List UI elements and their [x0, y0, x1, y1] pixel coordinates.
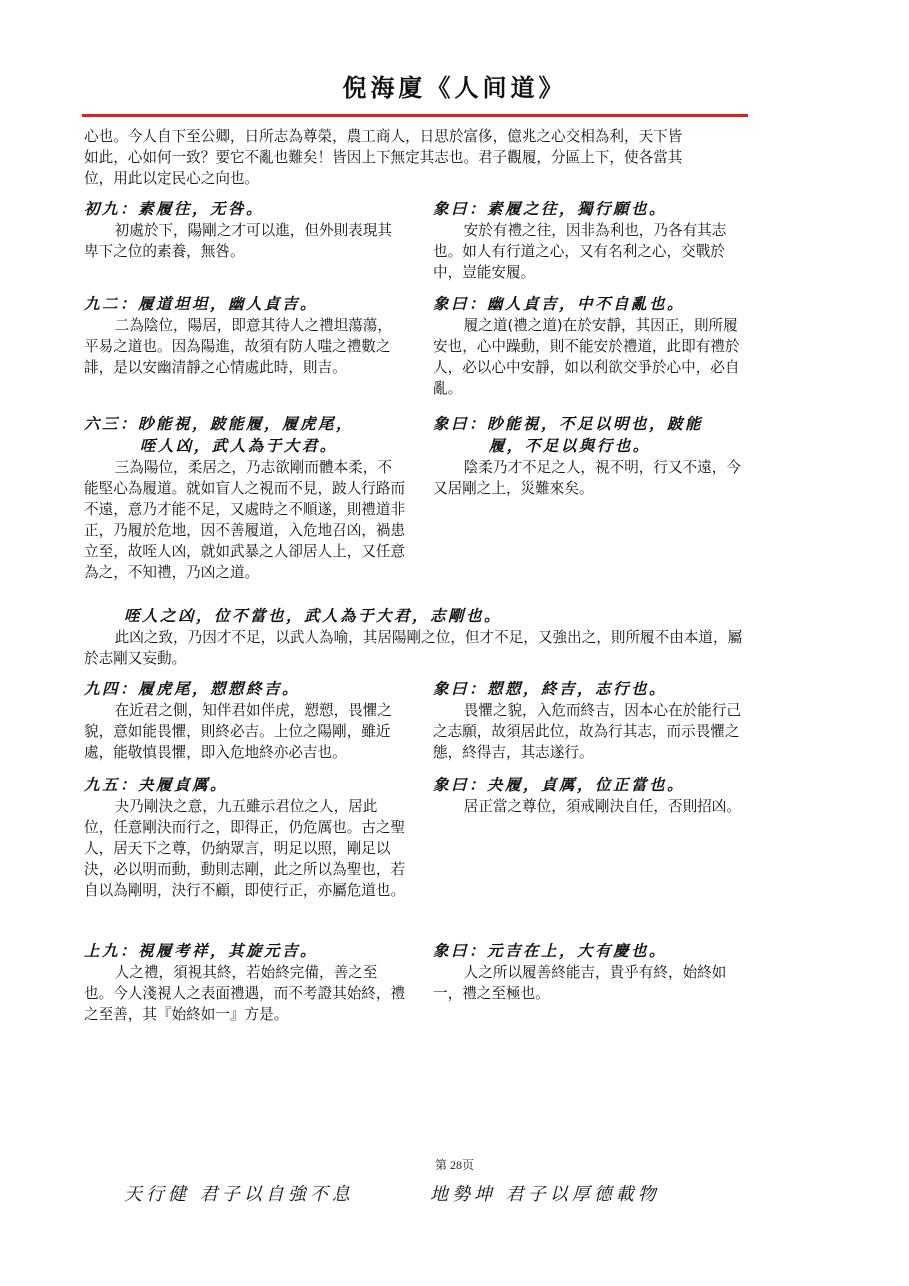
- xiang-verse: 象曰：幽人貞吉，中不自亂也。: [433, 293, 747, 315]
- yao-commentary: 夬乃剛決之意，九五雖示君位之人，居此位，任意剛決而行之，即得正，仍危厲也。古之聖…: [84, 796, 406, 901]
- yao-verse-cont: 咥人凶，武人為于大君。: [84, 435, 406, 457]
- page-title: 倪海廈《人间道》: [0, 68, 909, 103]
- yao-commentary: 在近君之側，知伴君如伴虎，愬愬，畏懼之貌，意如能畏懼，則終必吉。上位之陽剛，雖近…: [84, 700, 406, 763]
- xiang-liu-san: 象曰：眇能視，不足以明也，跛能 履，不足以與行也。 陰柔乃才不足之人，視不明，行…: [433, 413, 747, 499]
- liu-san-extra: 咥人之凶，位不當也，武人為于大君，志剛也。 此凶之致，乃因才不足，以武人為喻，其…: [84, 605, 748, 669]
- xiang-commentary: 安於有禮之往，因非為利也，乃各有其志也。如人有行道之心，又有名利之心，交戰於中，…: [433, 220, 747, 283]
- xiang-jiu-si: 象曰：愬愬，終吉，志行也。 畏懼之貌，入危而終吉，因本心在於能行己之志願，故須居…: [433, 678, 747, 763]
- extra-commentary: 此凶之致，乃因才不足，以武人為喻，其居陽剛之位，但才不足，又強出之，則所履不由本…: [84, 627, 748, 669]
- section-chu-jiu: 初九：素履往，无咎。 初處於下，陽剛之才可以進，但外則表現其卑下之位的素養，無咎…: [84, 198, 406, 262]
- extra-verse: 咥人之凶，位不當也，武人為于大君，志剛也。: [84, 605, 748, 627]
- xiang-commentary: 人之所以履善終能吉，貴乎有終，始終如一，禮之至極也。: [433, 962, 747, 1004]
- xiang-chu-jiu: 象曰：素履之往，獨行願也。 安於有禮之往，因非為利也，乃各有其志也。如人有行道之…: [433, 198, 747, 283]
- xiang-jiu-er: 象曰：幽人貞吉，中不自亂也。 履之道(禮之道)在於安靜，其因正，則所履安也，心中…: [433, 293, 747, 399]
- yao-commentary: 二為陰位，陽居，即意其待人之禮坦蕩蕩，平易之道也。因為陽進，故須有防人嗤之禮數之…: [84, 315, 406, 378]
- yao-verse: 初九：素履往，无咎。: [84, 198, 406, 220]
- xiang-verse: 象曰：眇能視，不足以明也，跛能: [433, 413, 747, 435]
- xiang-verse: 象曰：夬履，貞厲，位正當也。: [433, 774, 747, 796]
- xiang-commentary: 畏懼之貌，入危而終吉，因本心在於能行己之志願，故須居此位，故為行其志，而示畏懼之…: [433, 700, 747, 763]
- xiang-shang-jiu: 象曰：元吉在上，大有慶也。 人之所以履善終能吉，貴乎有終，始終如一，禮之至極也。: [433, 940, 747, 1004]
- section-liu-san: 六三：眇能視，跛能履，履虎尾， 咥人凶，武人為于大君。 三為陽位，柔居之，乃志欲…: [84, 413, 406, 583]
- intro-line: 心也。今人自下至公卿，日所志為尊榮，農工商人，日思於富侈，億兆之心交相為利，天下…: [84, 126, 748, 147]
- intro-paragraph: 心也。今人自下至公卿，日所志為尊榮，農工商人，日思於富侈，億兆之心交相為利，天下…: [84, 126, 748, 189]
- page-number: 第 28页: [0, 1156, 909, 1173]
- yao-commentary: 人之禮，須視其終，若始終完備，善之至也。今人淺視人之表面禮遇，而不考證其始終，禮…: [84, 962, 406, 1025]
- yao-verse: 九五：夬履貞厲。: [84, 774, 406, 796]
- intro-line: 如此，心如何一致？要它不亂也難矣！皆因上下無定其志也。君子觀履，分區上下，使各當…: [84, 147, 748, 168]
- section-jiu-wu: 九五：夬履貞厲。 夬乃剛決之意，九五雖示君位之人，居此位，任意剛決而行之，即得正…: [84, 774, 406, 901]
- intro-line: 位，用此以定民心之向也。: [84, 168, 748, 189]
- footer-motto-right: 地勢坤 君子以厚德載物: [430, 1180, 660, 1206]
- yao-verse: 九四：履虎尾，愬愬終吉。: [84, 678, 406, 700]
- xiang-commentary: 陰柔乃才不足之人，視不明，行又不遠，今又居剛之上，災難來矣。: [433, 457, 747, 499]
- yao-verse: 九二：履道坦坦，幽人貞吉。: [84, 293, 406, 315]
- yao-commentary: 三為陽位，柔居之，乃志欲剛而體本柔，不能堅心為履道。就如盲人之視而不見，跛人行路…: [84, 457, 406, 583]
- section-jiu-si: 九四：履虎尾，愬愬終吉。 在近君之側，知伴君如伴虎，愬愬，畏懼之貌，意如能畏懼，…: [84, 678, 406, 763]
- yao-verse: 上九：視履考祥，其旋元吉。: [84, 940, 406, 962]
- xiang-verse-cont: 履，不足以與行也。: [433, 435, 747, 457]
- xiang-commentary: 履之道(禮之道)在於安靜，其因正，則所履安也，心中躁動，則不能安於禮道，此即有禮…: [433, 315, 747, 399]
- yao-commentary: 初處於下，陽剛之才可以進，但外則表現其卑下之位的素養，無咎。: [84, 220, 406, 262]
- header-divider: [82, 114, 748, 117]
- section-jiu-er: 九二：履道坦坦，幽人貞吉。 二為陰位，陽居，即意其待人之禮坦蕩蕩，平易之道也。因…: [84, 293, 406, 378]
- section-shang-jiu: 上九：視履考祥，其旋元吉。 人之禮，須視其終，若始終完備，善之至也。今人淺視人之…: [84, 940, 406, 1025]
- footer-motto-left: 天行健 君子以自強不息: [124, 1180, 354, 1206]
- xiang-jiu-wu: 象曰：夬履，貞厲，位正當也。 居正當之尊位，須戒剛決自任，否則招凶。: [433, 774, 747, 817]
- xiang-commentary: 居正當之尊位，須戒剛決自任，否則招凶。: [433, 796, 747, 817]
- xiang-verse: 象曰：元吉在上，大有慶也。: [433, 940, 747, 962]
- yao-verse: 六三：眇能視，跛能履，履虎尾，: [84, 413, 406, 435]
- xiang-verse: 象曰：愬愬，終吉，志行也。: [433, 678, 747, 700]
- xiang-verse: 象曰：素履之往，獨行願也。: [433, 198, 747, 220]
